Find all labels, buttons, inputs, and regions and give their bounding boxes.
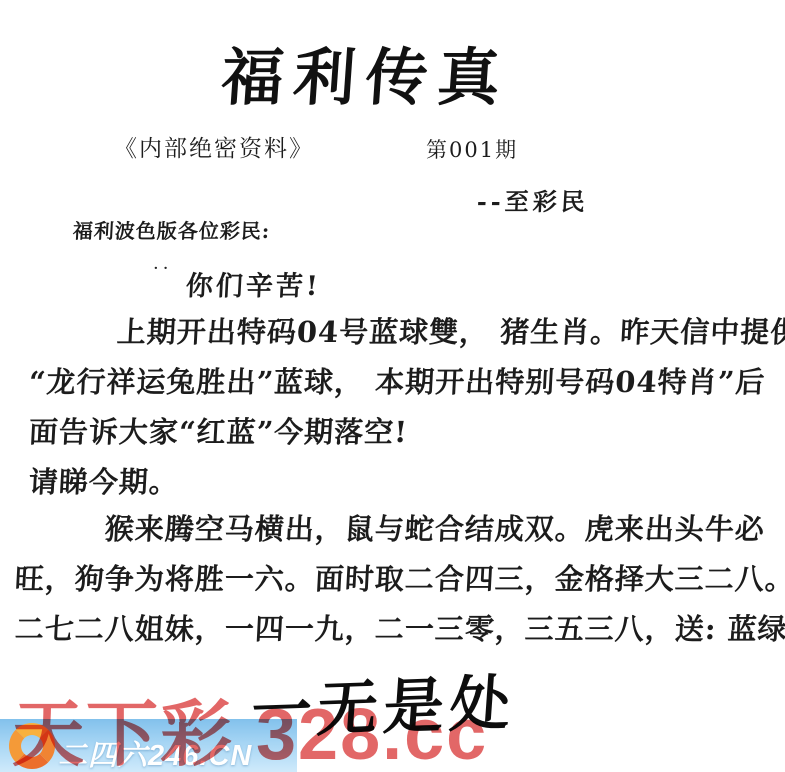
salutation-line: 福利波色版各位彩民: — [72, 215, 271, 244]
verse-line-3: 二七二八姐妹，一四一九，二一三零，三五三八，送: 蓝绿 — [14, 607, 785, 648]
footer-calligraphy: 一无是处 — [249, 655, 520, 750]
greeting-dots: ·· — [153, 258, 172, 279]
site-banner-text: 二四六246.CN — [58, 733, 252, 772]
body-line-1: 上期开出特码04号蓝球雙， 猪生肖。昨天信中提供 — [116, 310, 785, 351]
fax-document-page: 福利传真 《内部绝密资料》 第001期 --至彩民 福利波色版各位彩民: ·· … — [0, 0, 785, 772]
verse-line-2: 旺，狗争为将胜一六。面时取二合四三，金格择大三二八。 — [14, 557, 785, 598]
verse-line-1: 猴来腾空马横出，鼠与蛇合结成双。虎来出头牛必 — [104, 507, 766, 548]
body-line-2: “龙行祥运兔胜出”蓝球， 本期开出特别号码04特肖”后 — [28, 360, 767, 401]
body-line-4: 请睇今期。 — [28, 460, 180, 501]
issue-number: 第001期 — [426, 134, 518, 164]
page-title: 福利传真 — [219, 28, 513, 117]
dedication-line: --至彩民 — [476, 182, 590, 217]
site-logo-icon — [9, 723, 55, 769]
greeting-line: 你们辛苦! — [185, 264, 322, 303]
body-line-3: 面告诉大家“红蓝”今期落空! — [28, 410, 409, 451]
source-label: 《内部绝密资料》 — [114, 130, 314, 163]
